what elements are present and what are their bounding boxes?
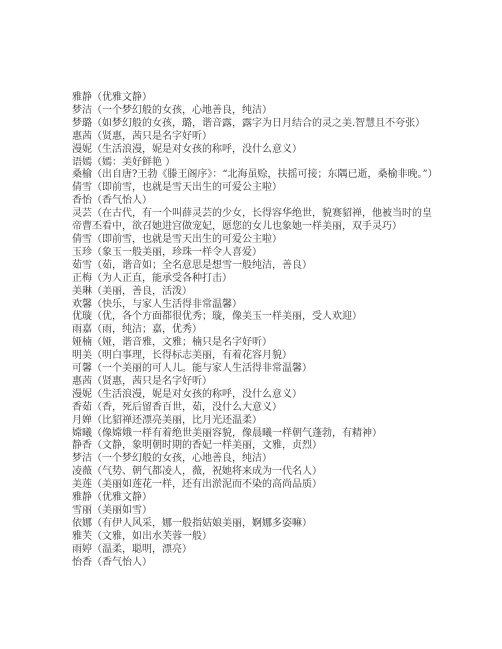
name-entry: 雨婷（温柔，聪明，漂亮）	[72, 544, 433, 557]
name-entry: 明美（明白事理，长得标志美丽，有着花容月貌）	[72, 350, 433, 363]
name-entry: 漫妮（生活浪漫，妮是对女孩的称呼，没什么意义）	[72, 144, 433, 157]
name-entry: 欢馨（快乐，与家人生活得非常温馨）	[72, 299, 433, 312]
name-entry: 倩雪（即前雪，也就是雪天出生的可爱公主啦）	[72, 182, 433, 195]
name-entry: 灵芸（在古代，有一个叫薛灵芸的少女，长得容华绝世，貌赛貂禅，他被当时的皇帝曹丕看…	[72, 208, 433, 234]
name-entry: 雨嘉（雨，纯洁；嘉，优秀）	[72, 324, 433, 337]
name-entry: 香怡（香气怡人）	[72, 195, 433, 208]
name-entry: 雅芙（文雅，如出水芙蓉一般）	[72, 531, 433, 544]
name-entry: 梦洁（一个梦幻般的女孩，心地善良，纯洁）	[72, 105, 433, 118]
name-entry: 玉珍（象玉一般美丽，珍珠一样令人喜爱）	[72, 247, 433, 260]
name-entry: 漫妮（生活浪漫，妮是对女孩的称呼，没什么意义）	[72, 389, 433, 402]
name-entry: 香茹（香，死后留香百世，茹，没什么大意义）	[72, 402, 433, 415]
name-entry: 优璇（优，各个方面都很优秀；璇，像美玉一样美丽，受人欢迎）	[72, 311, 433, 324]
name-entry: 嫦曦（像嫦娥一样有着绝世美丽容貌，像晨曦一样朝气蓬勃，有精神）	[72, 428, 433, 441]
name-entry: 美莲（美丽如莲花一样，还有出淤泥而不染的高尚品质）	[72, 479, 433, 492]
name-entry: 茹雪（茹，谐音如；全名意思是想雪一般纯洁，善良）	[72, 260, 433, 273]
name-list: 雅静（优雅文静） 梦洁（一个梦幻般的女孩，心地善良，纯洁）梦璐（如梦幻般的女孩，…	[72, 92, 433, 570]
name-entries: 梦洁（一个梦幻般的女孩，心地善良，纯洁）梦璐（如梦幻般的女孩，璐，谐音露，露字为…	[72, 105, 433, 570]
name-entry: 凌薇（气势、朝气都凌人，薇，祝她将来成为一代名人）	[72, 466, 433, 479]
name-entry: 桑榆（出自唐?王勃《滕王阁序》：“北海虽赊，扶摇可接；东隅已逝，桑榆非晚。”）	[72, 169, 433, 182]
name-entry: 静香（文静，象明朝时期的香妃一样美丽，文雅，贞烈）	[72, 440, 433, 453]
name-entry: 惠茜（贤惠，茜只是名字好听）	[72, 131, 433, 144]
name-entry: 依娜（有伊人风采，娜一般指姑娘美丽，婀娜多姿嘛）	[72, 518, 433, 531]
name-entry: 梦洁（一个梦幻般的女孩，心地善良，纯洁）	[72, 453, 433, 466]
name-entry: 倩雪（即前雪，也就是雪天出生的可爱公主啦）	[72, 234, 433, 247]
name-entry: 语嫣（嫣：美好鲜艳 ）	[72, 157, 433, 170]
name-entry: 怡香（香气怡人）	[72, 557, 433, 570]
name-entry: 娅楠（娅，谐音雅，文雅；楠只是名字好听）	[72, 337, 433, 350]
name-entry: 美琳（美丽，善良，活泼）	[72, 286, 433, 299]
name-entry: 梦璐（如梦幻般的女孩，璐，谐音露，露字为日月结合的灵之美.智慧且不夸张）	[72, 118, 433, 131]
name-entry: 惠茜（贤惠，茜只是名字好听）	[72, 376, 433, 389]
name-entry: 雅静（优雅文静）	[72, 492, 433, 505]
document-page: 雅静（优雅文静） 梦洁（一个梦幻般的女孩，心地善良，纯洁）梦璐（如梦幻般的女孩，…	[0, 0, 502, 649]
name-entry: 正梅（为人正直，能承受各种打击）	[72, 273, 433, 286]
name-entry: 雪丽（美丽如雪）	[72, 505, 433, 518]
document-title: 雅静（优雅文静）	[72, 92, 433, 105]
name-entry: 月婵（比貂禅还漂亮美丽，比月光还温柔）	[72, 415, 433, 428]
name-entry: 可馨（一个美丽的可人儿。能与家人生活得非常温馨）	[72, 363, 433, 376]
